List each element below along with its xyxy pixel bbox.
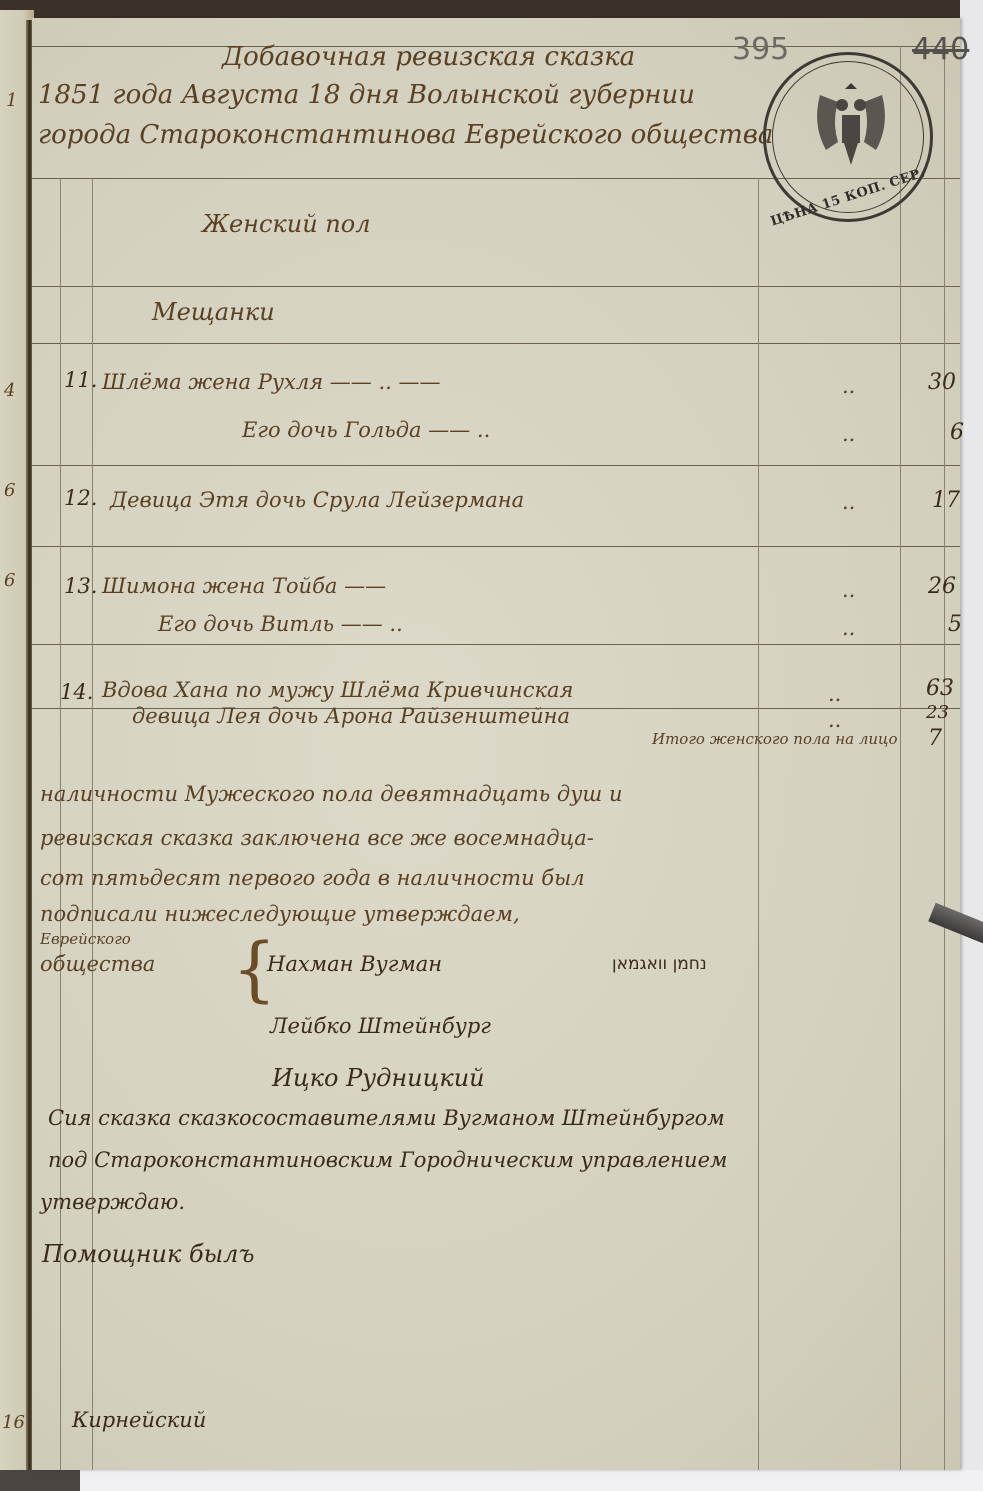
society-label: общества: [40, 952, 155, 976]
rule-line: [32, 343, 960, 344]
rule-line: [32, 286, 960, 287]
left-margin-number: 6: [4, 570, 15, 591]
age: 23: [926, 702, 949, 723]
closing-text-line: ревизская сказка заключена все же восемн…: [40, 826, 594, 850]
document-page: Добавочная ревизская сказка 395 440 1851…: [32, 18, 960, 1470]
left-margin-number: 1: [6, 90, 17, 111]
column-line: [60, 178, 61, 1470]
left-margin-number: 16: [2, 1412, 25, 1433]
age: 30: [928, 370, 956, 395]
age: 63: [926, 676, 954, 701]
row-number: 14.: [60, 680, 93, 704]
row-mark: ..: [842, 374, 855, 398]
pencil-page-number: 395: [732, 32, 789, 67]
row-number: 12.: [64, 486, 97, 510]
closing-text-line: наличности Мужеского пола девятнадцать д…: [40, 782, 622, 806]
column-line: [944, 46, 945, 1470]
background-right: [960, 0, 983, 1491]
column-line: [758, 178, 759, 1470]
row-text: Шлёма жена Рухля —— .. ——: [102, 370, 441, 394]
age: 5: [948, 612, 962, 637]
revenue-stamp: ЦѢНА 15 КОП. СЕР.: [763, 52, 933, 222]
header-town-line: города Староконстантинова Еврейского общ…: [38, 120, 773, 150]
secretary-line: Помощник былъ: [42, 1240, 254, 1268]
row-mark: ..: [842, 578, 855, 602]
left-margin-number: 4: [4, 380, 15, 401]
row-text: Шимона жена Тойба ——: [102, 574, 386, 598]
row-number: 11.: [64, 368, 97, 392]
rule-line: [32, 465, 960, 466]
row-text: Вдова Хана по мужу Шлёма Кривчинская: [102, 678, 573, 702]
closing-text-line: сот пятьдесят первого года в наличности …: [40, 866, 585, 890]
total-value: 7: [928, 726, 942, 751]
header-date-line: 1851 года Августа 18 дня Волынской губер…: [38, 80, 695, 110]
certification-line: под Староконстантиновским Городническим …: [48, 1148, 727, 1172]
section-title-female: Женский пол: [202, 210, 370, 238]
double-headed-eagle-icon: [806, 75, 896, 175]
certification-line: утверждаю.: [40, 1190, 185, 1214]
row-text: Его дочь Гольда —— ..: [242, 418, 490, 442]
age: 26: [928, 574, 956, 599]
row-text: Девица Этя дочь Срула Лейзермана: [110, 488, 524, 512]
hebrew-signature: נחמן וואגמאן: [612, 954, 707, 974]
signature: Ицко Рудницкий: [272, 1064, 485, 1092]
row-mark: ..: [842, 422, 855, 446]
row-mark: ..: [842, 616, 855, 640]
document-title: Добавочная ревизская сказка: [222, 42, 635, 72]
society-label: Еврейского: [40, 930, 131, 948]
bottom-signature: Кирнейский: [72, 1408, 206, 1432]
rule-line: [32, 546, 960, 547]
column-line: [900, 46, 901, 1470]
row-text: Его дочь Витль —— ..: [158, 612, 403, 636]
background-bottom: [80, 1470, 983, 1491]
row-mark: ..: [842, 490, 855, 514]
closing-text-line: подписали нижеследующие утверждаем,: [40, 902, 520, 926]
certification-line: Сия сказка сказкосоставителями Вугманом …: [48, 1106, 725, 1130]
row-number: 13.: [64, 574, 97, 598]
row-mark: ..: [828, 682, 841, 706]
row-mark: ..: [828, 708, 841, 732]
total-label: Итого женского пола на лицо: [652, 730, 898, 748]
ink-page-number: 440: [912, 32, 969, 67]
estate-label: Мещанки: [152, 298, 275, 326]
age: 17: [932, 488, 960, 513]
rule-line: [32, 644, 960, 645]
left-margin-number: 6: [4, 480, 15, 501]
row-text: девица Лея дочь Арона Райзенштейна: [132, 704, 570, 728]
signature: Лейбко Штейнбург: [270, 1014, 491, 1038]
age: 6: [950, 420, 964, 445]
signature: Нахман Вугман: [267, 952, 442, 976]
